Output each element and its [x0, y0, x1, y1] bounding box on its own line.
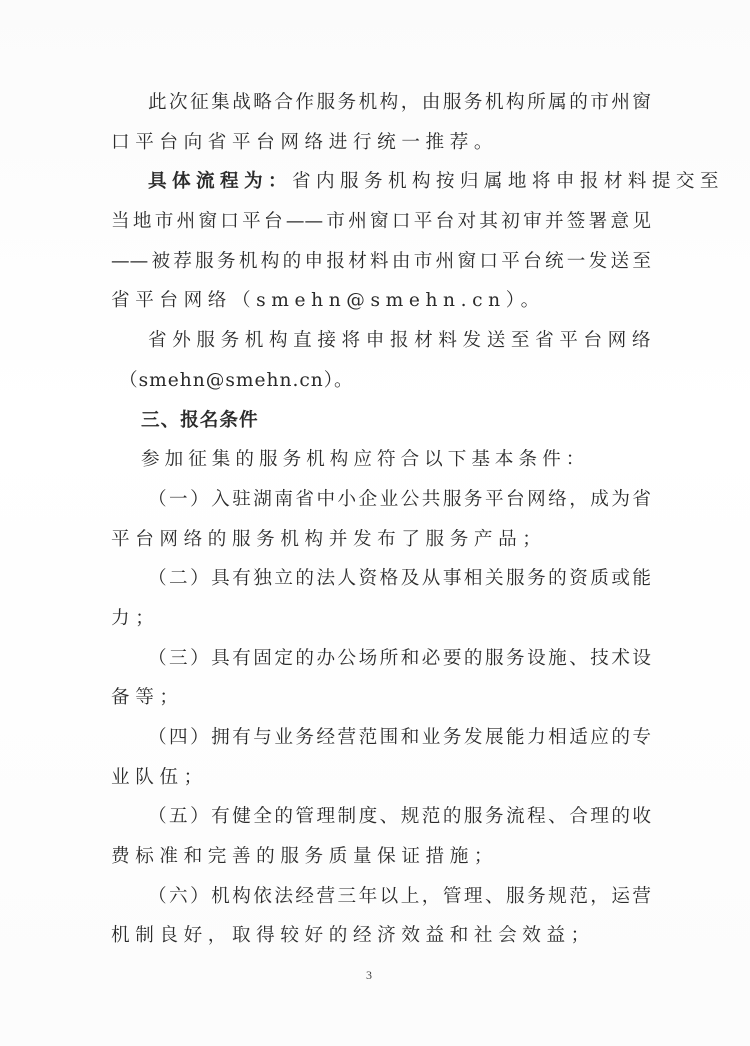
- text-line: 省外服务机构直接将申报材料发送至省平台网络: [111, 324, 651, 364]
- text-line: （六）机构依法经营三年以上，管理、服务规范，运营: [111, 880, 651, 920]
- page-number: 3: [366, 968, 372, 983]
- condition-list: （一）入驻湖南省中小企业公共服务平台网络，成为省 平台网络的服务机构并发布了服务…: [111, 483, 651, 959]
- text-line: （三）具有固定的办公场所和必要的服务设施、技术设: [111, 642, 651, 682]
- conditions-intro: 参加征集的服务机构应符合以下基本条件：: [111, 443, 651, 483]
- condition-item: （五）有健全的管理制度、规范的服务流程、合理的收 费标准和完善的服务质量保证措施…: [111, 800, 651, 879]
- text-line: 当地市州窗口平台——市州窗口平台对其初审并签署意见: [111, 205, 651, 245]
- text-line: 具体流程为：省内服务机构按归属地将申报材料提交至: [111, 165, 651, 205]
- text-span: 省内服务机构按归属地将申报材料提交至: [292, 171, 724, 192]
- text-line: 业队伍；: [111, 761, 651, 801]
- text-line: （smehn@smehn.cn）。: [111, 364, 651, 404]
- text-line: 口平台向省平台网络进行统一推荐。: [111, 126, 651, 166]
- text-line: （五）有健全的管理制度、规范的服务流程、合理的收: [111, 800, 651, 840]
- condition-item: （一）入驻湖南省中小企业公共服务平台网络，成为省 平台网络的服务机构并发布了服务…: [111, 483, 651, 562]
- paragraph-external: 省外服务机构直接将申报材料发送至省平台网络 （smehn@smehn.cn）。: [111, 324, 651, 403]
- paragraph-recommendation: 此次征集战略合作服务机构，由服务机构所属的市州窗 口平台向省平台网络进行统一推荐…: [111, 86, 651, 165]
- text-line: 机制良好，取得较好的经济效益和社会效益；: [111, 919, 651, 959]
- condition-item: （六）机构依法经营三年以上，管理、服务规范，运营 机制良好，取得较好的经济效益和…: [111, 880, 651, 959]
- text-line: 省平台网络（smehn@smehn.cn）。: [111, 284, 651, 324]
- text-line: （二）具有独立的法人资格及从事相关服务的资质或能: [111, 562, 651, 602]
- text-line: （四）拥有与业务经营范围和业务发展能力相适应的专: [111, 721, 651, 761]
- text-line: 平台网络的服务机构并发布了服务产品；: [111, 523, 651, 563]
- document-body: 此次征集战略合作服务机构，由服务机构所属的市州窗 口平台向省平台网络进行统一推荐…: [111, 86, 651, 959]
- condition-item: （二）具有独立的法人资格及从事相关服务的资质或能 力；: [111, 562, 651, 641]
- text-line: （一）入驻湖南省中小企业公共服务平台网络，成为省: [111, 483, 651, 523]
- text-line: 备等；: [111, 681, 651, 721]
- process-label: 具体流程为：: [148, 171, 292, 192]
- text-line: 此次征集战略合作服务机构，由服务机构所属的市州窗: [111, 86, 651, 126]
- condition-item: （三）具有固定的办公场所和必要的服务设施、技术设 备等；: [111, 642, 651, 721]
- section-heading: 三、报名条件: [111, 404, 651, 444]
- document-page: 此次征集战略合作服务机构，由服务机构所属的市州窗 口平台向省平台网络进行统一推荐…: [0, 0, 750, 1046]
- text-line: 力；: [111, 602, 651, 642]
- text-line: 费标准和完善的服务质量保证措施；: [111, 840, 651, 880]
- paragraph-process: 具体流程为：省内服务机构按归属地将申报材料提交至 当地市州窗口平台——市州窗口平…: [111, 165, 651, 324]
- text-line: ——被荐服务机构的申报材料由市州窗口平台统一发送至: [111, 245, 651, 285]
- condition-item: （四）拥有与业务经营范围和业务发展能力相适应的专 业队伍；: [111, 721, 651, 800]
